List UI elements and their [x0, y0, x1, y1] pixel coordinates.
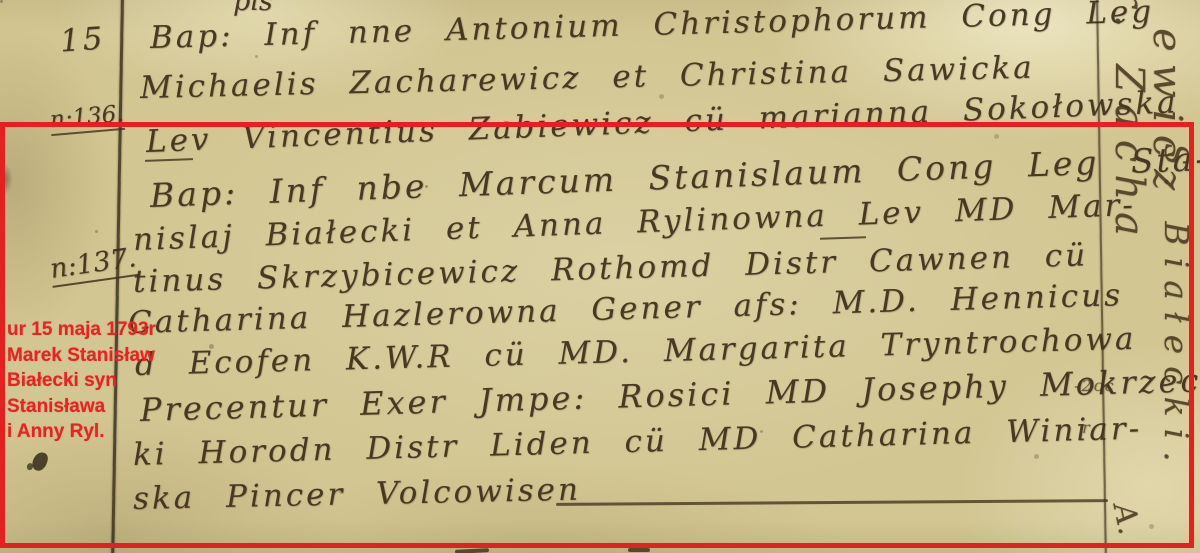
- manuscript-line-1: Bap: Inf nne Antonium Christophorum Cong…: [150, 0, 1155, 56]
- paper-specks: [0, 0, 3, 3]
- annotation-line-5: i Anny Ryl.: [7, 419, 156, 445]
- annotation-line-1: ur 15 maja 1793r: [7, 317, 156, 343]
- next-row-ink-fragment: [455, 548, 489, 553]
- manuscript-fragment-top: pis: [233, 0, 273, 17]
- margin-day-number: 15: [59, 20, 107, 59]
- parish-register-scan: 15 n:136. n:137. pis Bap: Inf nne Antoni…: [0, 0, 1200, 553]
- highlight-box-record-137: [0, 122, 1194, 548]
- annotation-line-4: Stanisława: [7, 394, 156, 420]
- annotation-line-3: Białecki syn: [7, 368, 156, 394]
- genealogy-annotation: ur 15 maja 1793r Marek Stanisław Białeck…: [7, 317, 156, 445]
- next-row-ink-fragment: [628, 548, 650, 552]
- annotation-line-2: Marek Stanisław: [7, 343, 156, 369]
